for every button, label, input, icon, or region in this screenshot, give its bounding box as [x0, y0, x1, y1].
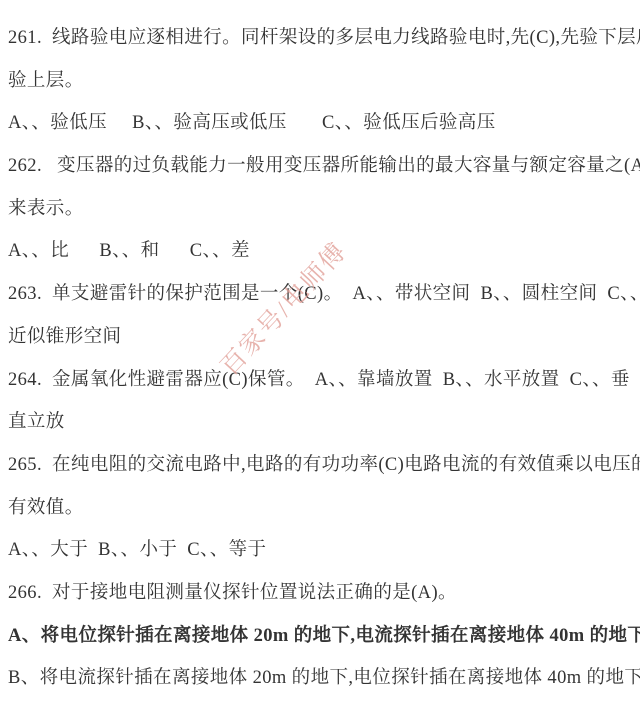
question-265-stem-line-1: 265. 在纯电阻的交流电路中,电路的有功功率(C)电路电流的有效值乘以电压的: [8, 444, 640, 487]
question-266-option-a: A、将电位探针插在离接地体 20m 的地下,电流探针插在离接地体 40m 的地下: [8, 615, 640, 658]
question-264-stem-and-options-line-1: 264. 金属氧化性避雷器应(C)保管。 A、、靠墙放置 B、、水平放置 C、、…: [8, 359, 640, 402]
question-263-options-line-2: 近似锥形空间: [8, 316, 640, 359]
exam-document-page: 百家号/电师傅 261. 线路验电应逐相进行。同杆架设的多层电力线路验电时,先(…: [0, 0, 640, 720]
question-261-stem-line-2: 验上层。: [8, 60, 640, 103]
question-262-stem-line-1: 262. 变压器的过负载能力一般用变压器所能输出的最大容量与额定容量之(A): [8, 145, 640, 188]
question-261-options: A、、验低压 B、、验高压或低压 C、、验低压后验高压: [8, 102, 640, 145]
question-266-option-b: B、将电流探针插在离接地体 20m 的地下,电位探针插在离接地体 40m 的地下: [8, 657, 640, 700]
question-262-options: A、、比 B、、和 C、、差: [8, 230, 640, 273]
question-261-stem-line-1: 261. 线路验电应逐相进行。同杆架设的多层电力线路验电时,先(C),先验下层后: [8, 17, 640, 60]
question-264-options-line-2: 直立放: [8, 401, 640, 444]
question-265-stem-line-2: 有效值。: [8, 487, 640, 530]
question-262-stem-line-2: 来表示。: [8, 188, 640, 231]
question-265-options: A、、大于 B、、小于 C、、等于: [8, 529, 640, 572]
question-263-stem-and-options-line-1: 263. 单支避雷针的保护范围是一个(C)。 A、、带状空间 B、、圆柱空间 C…: [8, 273, 640, 316]
question-266-stem: 266. 对于接地电阻测量仪探针位置说法正确的是(A)。: [8, 572, 640, 615]
